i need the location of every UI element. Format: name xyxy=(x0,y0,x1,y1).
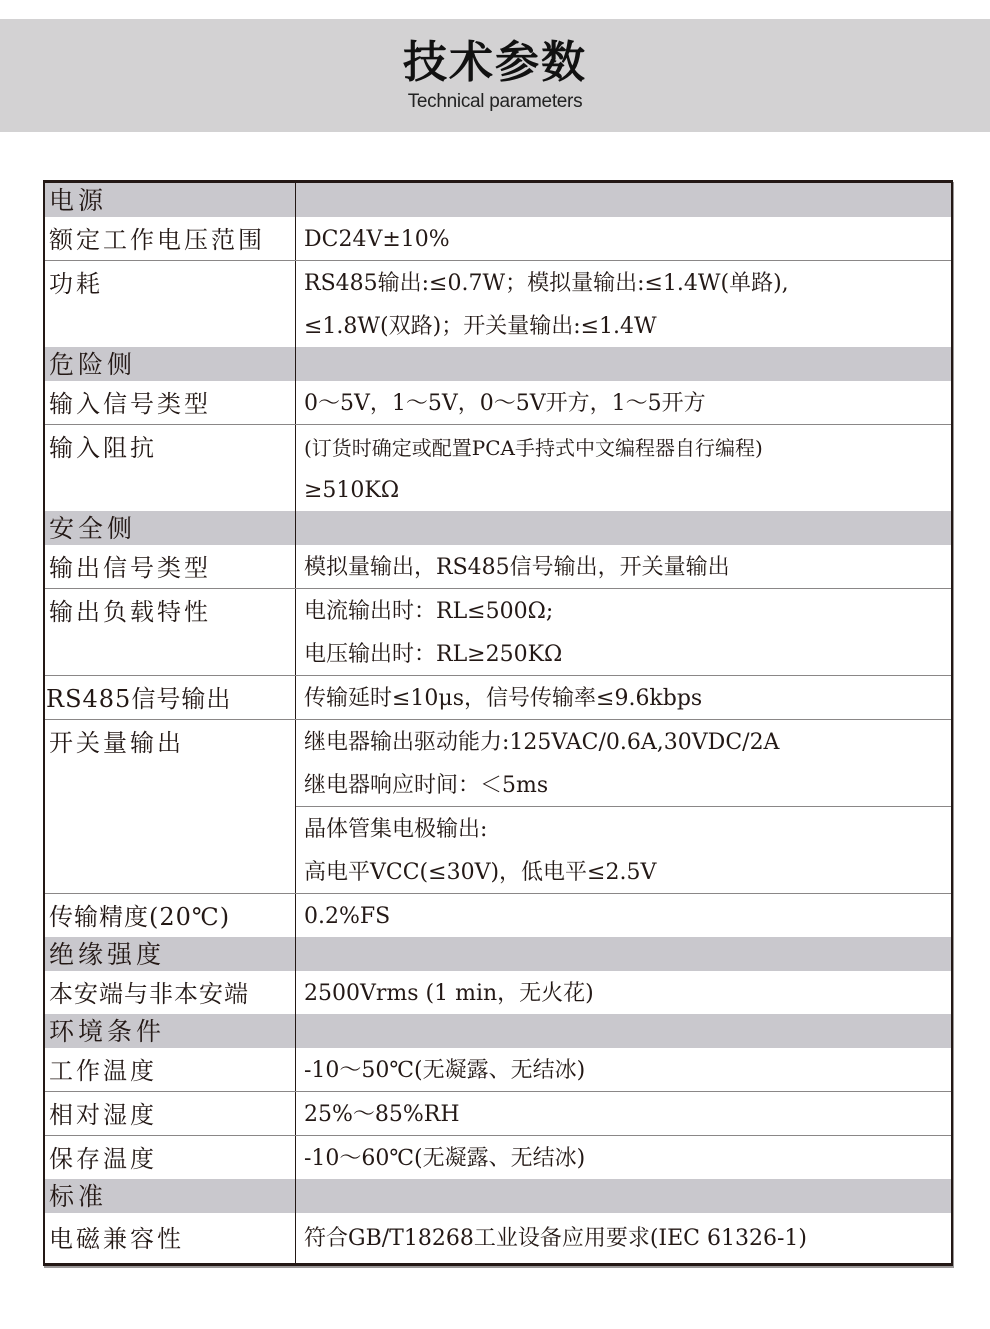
row-value: 传输延时≤10μs，信号传输率≤9.6kbps xyxy=(304,676,951,719)
table-row: 输入信号类型 0～5V，1～5V，0～5V开方，1～5开方 xyxy=(45,381,951,425)
table-row: 开关量输出 继电器输出驱动能力:125VAC/0.6A,30VDC/2A 继电器… xyxy=(45,720,951,894)
row-label: 工作温度 xyxy=(49,1048,295,1091)
table-row: 相对湿度 25%～85%RH xyxy=(45,1092,951,1136)
row-value: 25%～85%RH xyxy=(304,1092,951,1135)
row-value: DC24V±10% xyxy=(304,217,951,260)
section-header-insulation: 绝缘强度 xyxy=(45,937,951,971)
section-title: 电源 xyxy=(45,183,296,217)
row-label: 输出负载特性 xyxy=(49,589,295,632)
table-row: 额定工作电压范围 DC24V±10% xyxy=(45,217,951,261)
row-value: 2500Vrms (1 min，无火花) xyxy=(304,971,951,1014)
row-label: RS485信号输出 xyxy=(46,676,295,719)
page-title: 技术参数 xyxy=(0,37,990,89)
row-label: 相对湿度 xyxy=(49,1092,295,1135)
row-subcell: 晶体管集电极输出: 高电平VCC(≤30V)，低电平≤2.5V xyxy=(296,806,951,893)
table-row: 输出负载特性 电流输出时：RL≤500Ω; 电压输出时：RL≥250KΩ xyxy=(45,589,951,676)
table-row: RS485信号输出 传输延时≤10μs，信号传输率≤9.6kbps xyxy=(45,676,951,720)
page-subtitle: Technical parameters xyxy=(0,91,990,113)
row-label: 电磁兼容性 xyxy=(49,1213,295,1263)
table-row: 保存温度 -10～60℃(无凝露、无结冰) xyxy=(45,1136,951,1179)
row-label: 传输精度(20℃) xyxy=(49,894,295,937)
row-label: 输入信号类型 xyxy=(49,381,295,424)
row-value: 0.2%FS xyxy=(304,894,951,937)
row-label: 本安端与非本安端 xyxy=(49,971,295,1014)
row-value: -10～50℃(无凝露、无结冰) xyxy=(304,1048,951,1091)
section-title: 标准 xyxy=(45,1179,296,1213)
row-value: 电流输出时：RL≤500Ω; xyxy=(304,589,951,632)
row-value: ≥510KΩ xyxy=(304,468,951,511)
section-title: 安全侧 xyxy=(45,511,296,545)
section-header-safe-side: 安全侧 xyxy=(45,511,951,545)
section-title: 绝缘强度 xyxy=(45,937,296,971)
row-value: 电压输出时：RL≥250KΩ xyxy=(304,632,951,675)
row-value: 模拟量输出，RS485信号输出，开关量输出 xyxy=(304,545,951,588)
row-value: 符合GB/T18268工业设备应用要求(IEC 61326-1) xyxy=(304,1213,951,1263)
row-label: 保存温度 xyxy=(49,1136,295,1179)
table-row: 输出信号类型 模拟量输出，RS485信号输出，开关量输出 xyxy=(45,545,951,589)
row-value: 晶体管集电极输出: xyxy=(304,807,951,850)
section-header-hazardous-side: 危险侧 xyxy=(45,347,951,381)
table-row: 工作温度 -10～50℃(无凝露、无结冰) xyxy=(45,1048,951,1092)
row-label: 功耗 xyxy=(49,261,295,304)
row-value: 0～5V，1～5V，0～5V开方，1～5开方 xyxy=(304,381,951,424)
row-value: -10～60℃(无凝露、无结冰) xyxy=(304,1136,951,1179)
header-banner: 技术参数 Technical parameters xyxy=(0,19,990,132)
row-label: 额定工作电压范围 xyxy=(49,217,295,260)
section-header-environment: 环境条件 xyxy=(45,1014,951,1048)
row-value: 高电平VCC(≤30V)，低电平≤2.5V xyxy=(304,850,951,893)
row-value: 继电器输出驱动能力:125VAC/0.6A,30VDC/2A xyxy=(304,720,951,763)
row-value: ≤1.8W(双路)；开关量输出:≤1.4W xyxy=(304,304,951,347)
table-row: 本安端与非本安端 2500Vrms (1 min，无火花) xyxy=(45,971,951,1014)
row-value: RS485输出:≤0.7W；模拟量输出:≤1.4W(单路), xyxy=(304,261,951,304)
table-row: 电磁兼容性 符合GB/T18268工业设备应用要求(IEC 61326-1) xyxy=(45,1213,951,1263)
section-title: 环境条件 xyxy=(45,1014,296,1048)
section-header-standards: 标准 xyxy=(45,1179,951,1213)
row-label: 开关量输出 xyxy=(49,720,295,763)
row-label: 输出信号类型 xyxy=(49,545,295,588)
table-row: 传输精度(20℃) 0.2%FS xyxy=(45,894,951,937)
section-title: 危险侧 xyxy=(45,347,296,381)
table-row: 输入阻抗 (订货时确定或配置PCA手持式中文编程器自行编程) ≥510KΩ xyxy=(45,425,951,511)
row-label: 输入阻抗 xyxy=(49,425,295,468)
section-header-power: 电源 xyxy=(45,183,951,217)
row-value: 继电器响应时间：＜5ms xyxy=(304,763,951,806)
table-row: 功耗 RS485输出:≤0.7W；模拟量输出:≤1.4W(单路), ≤1.8W(… xyxy=(45,261,951,347)
spec-table: 电源 额定工作电压范围 DC24V±10% 功耗 RS485输出:≤0.7W；模… xyxy=(43,180,953,1266)
row-value: (订货时确定或配置PCA手持式中文编程器自行编程) xyxy=(304,425,951,468)
